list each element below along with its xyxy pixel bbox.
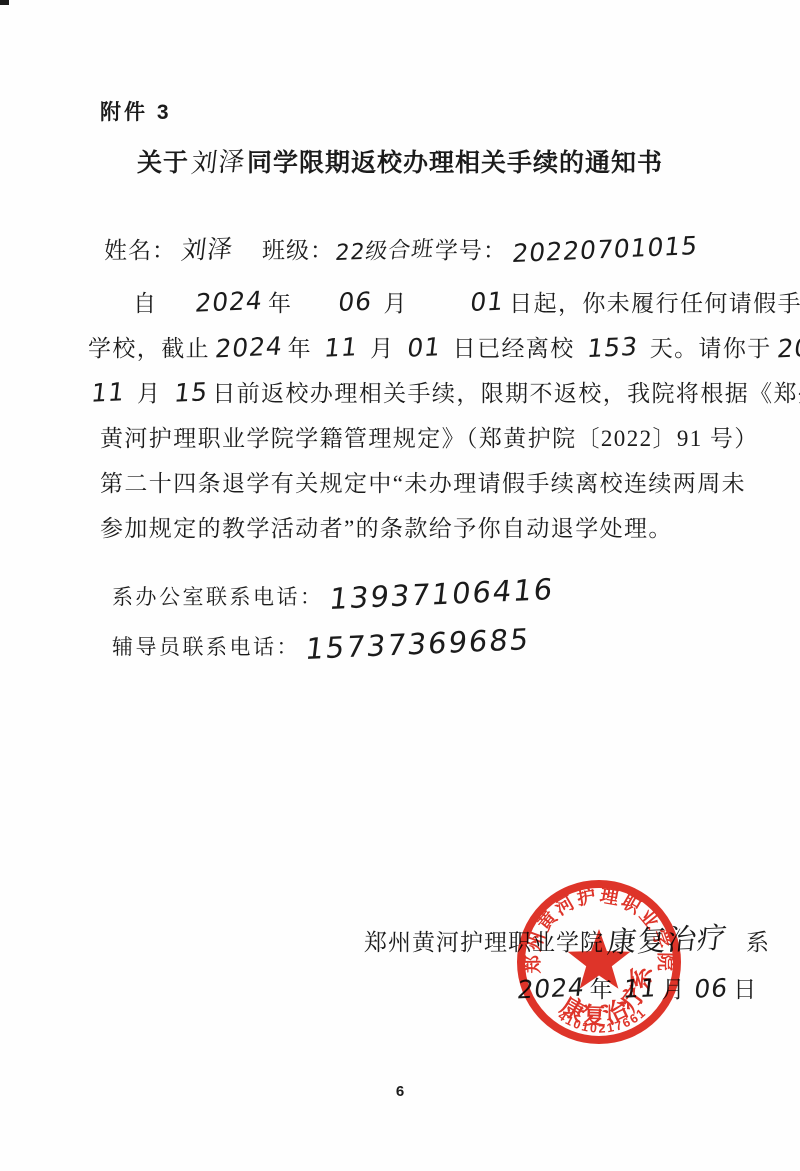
body-line: 黄河护理职业学院学籍管理规定》（郑黄护院〔2022〕91 号）: [100, 416, 800, 461]
handwritten-text: 153: [586, 334, 640, 361]
printed-text: 关于: [137, 149, 189, 177]
body-line: 11 月 15日前返校办理相关手续，限期不返校，我院将根据《郑州: [86, 371, 800, 416]
handwritten-text: 06: [693, 975, 730, 1002]
student-info-line: 姓名：刘泽 班级：22级合班学号：20220701015: [104, 232, 703, 265]
body-line: 自2024年 06 月 01日起，你未履行任何请假手续擅自离开: [100, 281, 800, 326]
handwritten-text: 06: [303, 288, 373, 316]
printed-text: 第二十四条退学有关规定中“未办理请假手续离校连续两周未: [100, 471, 746, 496]
office-phone-label: 系办公室联系电话：: [112, 585, 324, 609]
printed-text: 月: [376, 291, 432, 316]
printed-text: 学号：: [435, 238, 507, 263]
scan-artifact: [0, 0, 9, 5]
handwritten-text: 20220701015: [511, 233, 700, 266]
printed-text: 日起，你未履行任何请假手续擅自离开: [509, 291, 800, 316]
handwritten-text: 11: [323, 334, 360, 361]
attachment-label: 附件 3: [100, 96, 172, 126]
office-phone-line: 系办公室联系电话：13937106416: [112, 574, 558, 624]
printed-text: 班级：: [238, 238, 334, 263]
office-phone-number: 13937106416: [327, 575, 555, 614]
printed-text: 自: [133, 291, 157, 316]
handwritten-text: 刘泽: [190, 149, 247, 178]
printed-text: 黄河护理职业学院学籍管理规定》（郑黄护院〔2022〕91 号）: [100, 426, 759, 451]
counselor-phone-line: 辅导员联系电话：15737369685: [112, 624, 558, 674]
document-page: 附件 3 关于刘泽同学限期返校办理相关手续的通知书 姓名：刘泽 班级：22级合班…: [0, 0, 800, 1171]
printed-text: 参加规定的教学活动者”的条款给予你自动退学处理。: [100, 516, 673, 541]
handwritten-text: 2024: [214, 333, 284, 361]
handwritten-text: 2024: [161, 288, 264, 318]
printed-text: 天。请你于: [643, 336, 772, 361]
counselor-phone-number: 15737369685: [304, 625, 532, 664]
contact-phones: 系办公室联系电话：13937106416 辅导员联系电话：15737369685: [112, 574, 558, 674]
printed-text: 学校，截止: [88, 336, 210, 361]
department-seal: 郑州黄河护理职业学院 康复治疗系 41010217661: [513, 876, 685, 1048]
handwritten-text: 01: [436, 288, 506, 316]
printed-text: 月: [130, 381, 169, 406]
handwritten-text: 22级合班: [334, 239, 435, 265]
counselor-phone-label: 辅导员联系电话：: [112, 635, 300, 659]
printed-text: 日: [733, 977, 756, 1002]
notice-body: 自2024年 06 月 01日起，你未履行任何请假手续擅自离开 学校，截止202…: [100, 281, 800, 551]
handwritten-text: 2024: [776, 333, 800, 361]
printed-text: 姓名：: [104, 238, 176, 263]
body-line: 第二十四条退学有关规定中“未办理请假手续离校连续两周未: [100, 461, 800, 506]
stamp-star: [568, 929, 631, 989]
printed-text: 年: [268, 291, 300, 316]
printed-text: 年: [288, 336, 320, 361]
page-number: 6: [0, 1083, 800, 1100]
department-suffix: 系: [746, 930, 770, 955]
printed-text: 同学限期返校办理相关手续的通知书: [247, 149, 663, 177]
body-line: 参加规定的教学活动者”的条款给予你自动退学处理。: [100, 506, 800, 551]
printed-text: 日前返校办理相关手续，限期不返校，我院将根据《郑州: [212, 381, 800, 406]
printed-text: 日已经离校: [446, 336, 582, 361]
handwritten-text: 15: [172, 379, 209, 406]
document-title: 关于刘泽同学限期返校办理相关手续的通知书: [0, 143, 800, 179]
handwritten-text: 刘泽: [180, 236, 235, 263]
handwritten-text: 01: [406, 334, 443, 361]
body-line: 学校，截止2024年 11 月 01 日已经离校 153 天。请你于2024年: [88, 326, 800, 371]
printed-text: 月: [363, 336, 402, 361]
handwritten-text: 11: [90, 379, 127, 406]
